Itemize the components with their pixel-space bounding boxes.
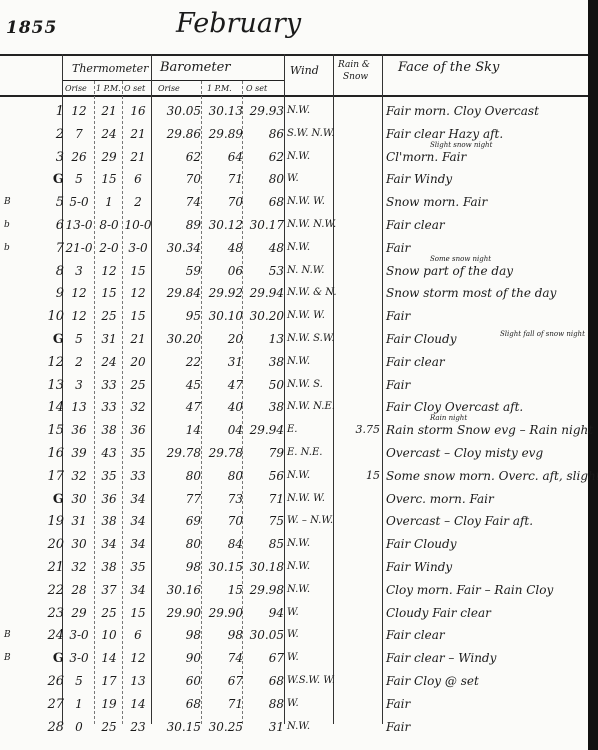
header-barometer: Barometer <box>160 60 231 75</box>
sky-description: Rain storm Snow evg – Rain night <box>386 423 584 437</box>
therm-sunset: 32 <box>123 400 153 414</box>
therm-sunset: 20 <box>123 355 153 369</box>
header-bottom-rule <box>0 95 588 97</box>
day-number: G <box>40 332 64 347</box>
therm-1pm: 15 <box>95 286 123 300</box>
therm-sunset: 12 <box>123 651 153 665</box>
therm-sunset: 16 <box>123 104 153 118</box>
wind-direction: W. <box>287 652 337 663</box>
day-number: 26 <box>40 674 64 689</box>
table-row: 280252330.1530.2531N.W.Fair <box>0 716 588 740</box>
therm-sunrise: 7 <box>64 127 94 141</box>
therm-1pm: 25 <box>95 720 123 734</box>
sky-description: Fair morn. Cloy Overcast <box>386 104 584 118</box>
mark: B <box>4 197 34 207</box>
baro-sunrise: 29.86 <box>153 127 201 141</box>
wind-direction: N.W. <box>287 561 337 572</box>
therm-sunset: 34 <box>123 583 153 597</box>
wind-direction: N.W. S. <box>287 379 337 390</box>
baro-1pm: 98 <box>203 628 243 642</box>
therm-sunrise: 13-0 <box>64 218 94 232</box>
therm-sunset: 6 <box>123 628 153 642</box>
day-number: 24 <box>40 628 64 643</box>
wind-direction: N.W. <box>287 242 337 253</box>
baro-sunset: 30.20 <box>244 309 284 323</box>
therm-sunset: 21 <box>123 150 153 164</box>
table-row: 213238359830.1530.18N.W.Fair Windy <box>0 556 588 580</box>
month-title: February <box>176 8 301 39</box>
baro-sunrise: 80 <box>153 469 201 483</box>
therm-sunrise: 5 <box>64 674 94 688</box>
day-number: 2 <box>40 127 64 142</box>
table-row: 14133332474038N.W. N.E.Fair Cloy Overcas… <box>0 396 588 420</box>
wind-direction: W. <box>287 607 337 618</box>
table-row: 1222420223138N.W.Fair clear <box>0 351 588 375</box>
sky-description: Fair clear <box>386 628 584 642</box>
baro-1pm: 29.78 <box>203 446 243 460</box>
baro-1pm: 30.13 <box>203 104 243 118</box>
therm-1pm: 19 <box>95 697 123 711</box>
therm-sunrise: 30 <box>64 492 94 506</box>
day-number: 21 <box>40 560 64 575</box>
therm-1pm: 43 <box>95 446 123 460</box>
table-row: 20303434808485N.W.Fair Cloudy <box>0 533 588 557</box>
baro-1pm: 20 <box>203 332 243 346</box>
baro-1pm: 40 <box>203 400 243 414</box>
therm-sunrise: 5-0 <box>64 195 94 209</box>
sky-description: Fair Windy <box>386 560 584 574</box>
baro-1pm: 04 <box>203 423 243 437</box>
baro-sunrise: 29.84 <box>153 286 201 300</box>
therm-sunrise: 21-0 <box>64 241 94 255</box>
therm-sunset: 13 <box>123 674 153 688</box>
table-row: G303634777371N.W. W.Overc. morn. Fair <box>0 488 588 512</box>
wind-direction: N.W. W. <box>287 310 337 321</box>
day-number: 22 <box>40 583 64 598</box>
baro-sunrise: 30.16 <box>153 583 201 597</box>
therm-sunrise: 30 <box>64 537 94 551</box>
baro-sunrise: 30.05 <box>153 104 201 118</box>
table-row: B55-012747068N.W. W.Snow morn. Fair <box>0 191 588 215</box>
baro-sunrise: 98 <box>153 560 201 574</box>
table-row: 2228373430.161529.98N.W.Cloy morn. Fair … <box>0 579 588 603</box>
baro-1pm: 47 <box>203 378 243 392</box>
baro-sunrise: 29.78 <box>153 446 201 460</box>
day-number: G <box>40 172 64 187</box>
day-number: 12 <box>40 355 64 370</box>
therm-sunset: 35 <box>123 446 153 460</box>
day-number: 19 <box>40 514 64 529</box>
therm-sunset: 25 <box>123 378 153 392</box>
table-row: BG3-01412907467W.Fair clear – Windy <box>0 647 588 671</box>
sky-description: Fair clear <box>386 218 584 232</box>
baro-sunset: 38 <box>244 400 284 414</box>
baro-sunrise: 47 <box>153 400 201 414</box>
day-number: 14 <box>40 400 64 415</box>
baro-1pm: 29.92 <box>203 286 243 300</box>
subheader-baro-rise: Orise <box>158 84 180 93</box>
therm-1pm: 33 <box>95 378 123 392</box>
therm-sunrise: 12 <box>64 104 94 118</box>
mark: B <box>4 630 34 640</box>
baro-sunset: 13 <box>244 332 284 346</box>
therm-sunrise: 32 <box>64 469 94 483</box>
therm-1pm: 14 <box>95 651 123 665</box>
day-number: G <box>40 651 64 666</box>
table-row: B243-0106989830.05W.Fair clear <box>0 624 588 648</box>
therm-sunrise: 1 <box>64 697 94 711</box>
baro-sunset: 62 <box>244 150 284 164</box>
baro-1pm: 30.10 <box>203 309 243 323</box>
wind-direction: W.S.W. W. <box>287 675 337 686</box>
therm-sunset: 23 <box>123 720 153 734</box>
baro-sunset: 29.98 <box>244 583 284 597</box>
sky-description: Snow part of the day <box>386 264 584 278</box>
therm-sunset: 15 <box>123 264 153 278</box>
therm-sunset: 34 <box>123 492 153 506</box>
wind-direction: N.W. <box>287 538 337 549</box>
baro-sunset: 30.05 <box>244 628 284 642</box>
day-number: 20 <box>40 537 64 552</box>
wind-direction: N.W. <box>287 356 337 367</box>
sky-description: Overc. morn. Fair <box>386 492 584 506</box>
baro-sunset: 56 <box>244 469 284 483</box>
therm-1pm: 17 <box>95 674 123 688</box>
table-row: 17323533808056N.W.15Some snow morn. Over… <box>0 465 588 489</box>
baro-1pm: 15 <box>203 583 243 597</box>
baro-1pm: 64 <box>203 150 243 164</box>
year-label: 1855 <box>6 18 57 38</box>
therm-1pm: 8-0 <box>95 218 123 232</box>
baro-1pm: 74 <box>203 651 243 665</box>
baro-1pm: 71 <box>203 172 243 186</box>
baro-sunrise: 74 <box>153 195 201 209</box>
day-number: 10 <box>40 309 64 324</box>
baro-1pm: 30.15 <box>203 560 243 574</box>
sky-description: Overcast – Cloy Fair aft. <box>386 514 584 528</box>
baro-sunrise: 30.15 <box>153 720 201 734</box>
baro-sunset: 29.93 <box>244 104 284 118</box>
therm-sunrise: 3 <box>64 264 94 278</box>
therm-1pm: 38 <box>95 423 123 437</box>
therm-1pm: 15 <box>95 172 123 186</box>
baro-sunrise: 69 <box>153 514 201 528</box>
day-number: 8 <box>40 264 64 279</box>
day-number: 13 <box>40 378 64 393</box>
subheader-therm-rise: Orise <box>65 84 87 93</box>
baro-sunrise: 68 <box>153 697 201 711</box>
wind-direction: N.W. W. <box>287 196 337 207</box>
day-number: 3 <box>40 150 64 165</box>
therm-sunrise: 12 <box>64 309 94 323</box>
therm-sunrise: 29 <box>64 606 94 620</box>
day-number: 7 <box>40 241 64 256</box>
therm-1pm: 33 <box>95 400 123 414</box>
header-top-rule <box>0 54 588 56</box>
baro-1pm: 06 <box>203 264 243 278</box>
baro-sunrise: 14 <box>153 423 201 437</box>
therm-sunrise: 31 <box>64 514 94 528</box>
header-wind: Wind <box>290 64 319 77</box>
therm-1pm: 12 <box>95 264 123 278</box>
therm-1pm: 2-0 <box>95 241 123 255</box>
baro-1pm: 29.90 <box>203 606 243 620</box>
wind-direction: W. <box>287 698 337 709</box>
therm-sunrise: 36 <box>64 423 94 437</box>
baro-sunset: 86 <box>244 127 284 141</box>
therm-sunset: 10-0 <box>123 218 153 232</box>
baro-1pm: 84 <box>203 537 243 551</box>
sky-description: Cloudy Fair clear <box>386 606 584 620</box>
therm-1pm: 38 <box>95 560 123 574</box>
therm-sunset: 21 <box>123 332 153 346</box>
therm-sunrise: 5 <box>64 332 94 346</box>
therm-sunrise: 32 <box>64 560 94 574</box>
table-row: 912151229.8429.9229.94N.W. & N.Snow stor… <box>0 282 588 306</box>
wind-direction: N.W. <box>287 584 337 595</box>
wind-direction: N.W. & N. <box>287 287 337 298</box>
baro-sunset: 31 <box>244 720 284 734</box>
wind-direction: N.W. W. <box>287 493 337 504</box>
baro-sunset: 80 <box>244 172 284 186</box>
table-row: b613-08-010-08930.1230.17N.W. N.W.Fair c… <box>0 214 588 238</box>
sky-description: Fair <box>386 378 584 392</box>
baro-1pm: 73 <box>203 492 243 506</box>
therm-1pm: 10 <box>95 628 123 642</box>
baro-1pm: 70 <box>203 195 243 209</box>
sky-description: Fair <box>386 720 584 734</box>
sky-description: Fair Cloy Overcast aft. <box>386 400 584 414</box>
mark: b <box>4 243 34 253</box>
table-row: 15363836140429.94E.3.75Rain storm Snow e… <box>0 419 588 443</box>
baro-sunset: 53 <box>244 264 284 278</box>
wind-direction: W. – N.W. <box>287 515 337 526</box>
wind-direction: N.W. N.E. <box>287 401 337 412</box>
baro-sunrise: 45 <box>153 378 201 392</box>
table-row: 2711914687188W.Fair <box>0 693 588 717</box>
header-rain-snow-1: Rain & <box>338 60 370 70</box>
baro-sunrise: 59 <box>153 264 201 278</box>
page-edge-shadow <box>588 0 598 750</box>
baro-sunset: 68 <box>244 674 284 688</box>
day-number: 23 <box>40 606 64 621</box>
baro-sunset: 30.18 <box>244 560 284 574</box>
header-face-of-sky: Face of the Sky <box>398 60 499 75</box>
therm-sunset: 35 <box>123 560 153 574</box>
therm-sunset: 3-0 <box>123 241 153 255</box>
therm-sunrise: 3-0 <box>64 628 94 642</box>
day-number: 17 <box>40 469 64 484</box>
baro-sunrise: 22 <box>153 355 201 369</box>
rain-snow-amount: 3.75 <box>340 423 380 436</box>
therm-1pm: 31 <box>95 332 123 346</box>
wind-direction: N.W. N.W. <box>287 219 337 230</box>
baro-sunset: 30.17 <box>244 218 284 232</box>
therm-sunset: 33 <box>123 469 153 483</box>
baro-sunset: 67 <box>244 651 284 665</box>
sky-description: Cl'morn. Fair <box>386 150 584 164</box>
baro-1pm: 80 <box>203 469 243 483</box>
table-row: G5156707180W.Fair Windy <box>0 168 588 192</box>
wind-direction: S.W. N.W. <box>287 128 337 139</box>
baro-1pm: 67 <box>203 674 243 688</box>
baro-sunrise: 29.90 <box>153 606 201 620</box>
table-row: 19313834697075W. – N.W.Overcast – Cloy F… <box>0 510 588 534</box>
day-number: G <box>40 492 64 507</box>
table-row: 1333325454750N.W. S.Fair <box>0 374 588 398</box>
baro-sunset: 29.94 <box>244 286 284 300</box>
mark: b <box>4 220 34 230</box>
baro-1pm: 30.25 <box>203 720 243 734</box>
therm-sunrise: 2 <box>64 355 94 369</box>
baro-sunset: 94 <box>244 606 284 620</box>
therm-1pm: 36 <box>95 492 123 506</box>
therm-sunset: 12 <box>123 286 153 300</box>
therm-sunrise: 39 <box>64 446 94 460</box>
table-row: 1639433529.7829.7879E. N.E.Overcast – Cl… <box>0 442 588 466</box>
baro-sunrise: 95 <box>153 309 201 323</box>
sky-description: Cloy morn. Fair – Rain Cloy <box>386 583 584 597</box>
wind-direction: W. <box>287 629 337 640</box>
baro-sunset: 75 <box>244 514 284 528</box>
baro-sunset: 79 <box>244 446 284 460</box>
therm-sunrise: 28 <box>64 583 94 597</box>
table-row: b721-02-03-030.344848N.W.FairSome snow n… <box>0 237 588 261</box>
baro-sunrise: 77 <box>153 492 201 506</box>
therm-sunset: 6 <box>123 172 153 186</box>
therm-1pm: 29 <box>95 150 123 164</box>
therm-1pm: 24 <box>95 355 123 369</box>
day-number: 9 <box>40 286 64 301</box>
table-row: 2651713606768W.S.W. W.Fair Cloy @ set <box>0 670 588 694</box>
baro-sunrise: 90 <box>153 651 201 665</box>
therm-sunset: 14 <box>123 697 153 711</box>
sky-description: Fair <box>386 697 584 711</box>
therm-1pm: 35 <box>95 469 123 483</box>
sky-description: Fair <box>386 241 584 255</box>
wind-direction: E. N.E. <box>287 447 337 458</box>
wind-direction: N.W. <box>287 151 337 162</box>
therm-1pm: 25 <box>95 309 123 323</box>
header-thermometer: Thermometer <box>72 62 148 75</box>
subheader-baro-set: O set <box>246 84 267 93</box>
sky-description: Fair Windy <box>386 172 584 186</box>
day-number: 6 <box>40 218 64 233</box>
table-row: 27242129.8629.8986S.W. N.W.Fair clear Ha… <box>0 123 588 147</box>
baro-sunset: 88 <box>244 697 284 711</box>
therm-1pm: 25 <box>95 606 123 620</box>
therm-sunset: 15 <box>123 606 153 620</box>
subheader-therm-1pm: 1 P.M. <box>96 84 121 93</box>
subheader-therm-set: O set <box>124 84 145 93</box>
baro-sunset: 71 <box>244 492 284 506</box>
baro-1pm: 48 <box>203 241 243 255</box>
baro-sunrise: 80 <box>153 537 201 551</box>
therm-sunset: 34 <box>123 537 153 551</box>
baro-sunset: 50 <box>244 378 284 392</box>
sky-description: Fair clear <box>386 355 584 369</box>
therm-1pm: 1 <box>95 195 123 209</box>
baro-sunset: 68 <box>244 195 284 209</box>
table-row: G5312130.202013N.W. S.W.Fair CloudySligh… <box>0 328 588 352</box>
therm-sunrise: 5 <box>64 172 94 186</box>
wind-direction: N.W. <box>287 105 337 116</box>
table-row: 101225159530.1030.20N.W. W.Fair <box>0 305 588 329</box>
baro-sunset: 48 <box>244 241 284 255</box>
baro-sunrise: 89 <box>153 218 201 232</box>
day-number: 1 <box>40 104 64 119</box>
therm-sunrise: 26 <box>64 150 94 164</box>
baro-sunset: 38 <box>244 355 284 369</box>
therm-sunrise: 12 <box>64 286 94 300</box>
baro-sunrise: 70 <box>153 172 201 186</box>
baro-sunrise: 30.34 <box>153 241 201 255</box>
table-row: 831215590653N. N.W.Snow part of the day <box>0 260 588 284</box>
therm-1pm: 38 <box>95 514 123 528</box>
baro-sunrise: 62 <box>153 150 201 164</box>
therm-1pm: 37 <box>95 583 123 597</box>
table-row: 112211630.0530.1329.93N.W.Fair morn. Clo… <box>0 100 588 124</box>
therm-sunrise: 0 <box>64 720 94 734</box>
baro-sunset: 85 <box>244 537 284 551</box>
sky-description: Some snow morn. Overc. aft, slight snow … <box>386 469 584 483</box>
therm-sunset: 21 <box>123 127 153 141</box>
sky-description: Snow morn. Fair <box>386 195 584 209</box>
wind-direction: E. <box>287 424 337 435</box>
baro-1pm: 31 <box>203 355 243 369</box>
wind-direction: N.W. S.W. <box>287 333 337 344</box>
wind-direction: N. N.W. <box>287 265 337 276</box>
sky-description: Fair clear – Windy <box>386 651 584 665</box>
sky-description: Fair <box>386 309 584 323</box>
sky-description: Fair Cloudy <box>386 537 584 551</box>
day-number: 15 <box>40 423 64 438</box>
sky-description: Snow storm most of the day <box>386 286 584 300</box>
day-number: 5 <box>40 195 64 210</box>
mark: B <box>4 653 34 663</box>
sky-note: Slight fall of snow night <box>500 330 585 338</box>
table-row: 3262921626462N.W.Cl'morn. Fair <box>0 146 588 170</box>
baro-sunrise: 98 <box>153 628 201 642</box>
therm-sunset: 34 <box>123 514 153 528</box>
header-rain-snow-2: Snow <box>343 72 368 82</box>
therm-sunset: 36 <box>123 423 153 437</box>
wind-direction: W. <box>287 173 337 184</box>
baro-1pm: 70 <box>203 514 243 528</box>
wind-direction: N.W. <box>287 470 337 481</box>
wind-direction: N.W. <box>287 721 337 732</box>
baro-sunrise: 60 <box>153 674 201 688</box>
table-row: 2329251529.9029.9094W.Cloudy Fair clear <box>0 602 588 626</box>
therm-sunrise: 13 <box>64 400 94 414</box>
rain-snow-amount: 15 <box>340 469 380 482</box>
therm-1pm: 34 <box>95 537 123 551</box>
subheader-baro-1pm: 1 P.M. <box>207 84 232 93</box>
therm-1pm: 21 <box>95 104 123 118</box>
therm-sunset: 2 <box>123 195 153 209</box>
therm-sunset: 15 <box>123 309 153 323</box>
sky-description: Fair clear Hazy aft. <box>386 127 584 141</box>
therm-1pm: 24 <box>95 127 123 141</box>
sky-description: Overcast – Cloy misty evg <box>386 446 584 460</box>
baro-1pm: 71 <box>203 697 243 711</box>
baro-sunset: 29.94 <box>244 423 284 437</box>
day-number: 27 <box>40 697 64 712</box>
day-number: 28 <box>40 720 64 735</box>
therm-sunrise: 3-0 <box>64 651 94 665</box>
baro-1pm: 29.89 <box>203 127 243 141</box>
sky-description: Fair Cloy @ set <box>386 674 584 688</box>
